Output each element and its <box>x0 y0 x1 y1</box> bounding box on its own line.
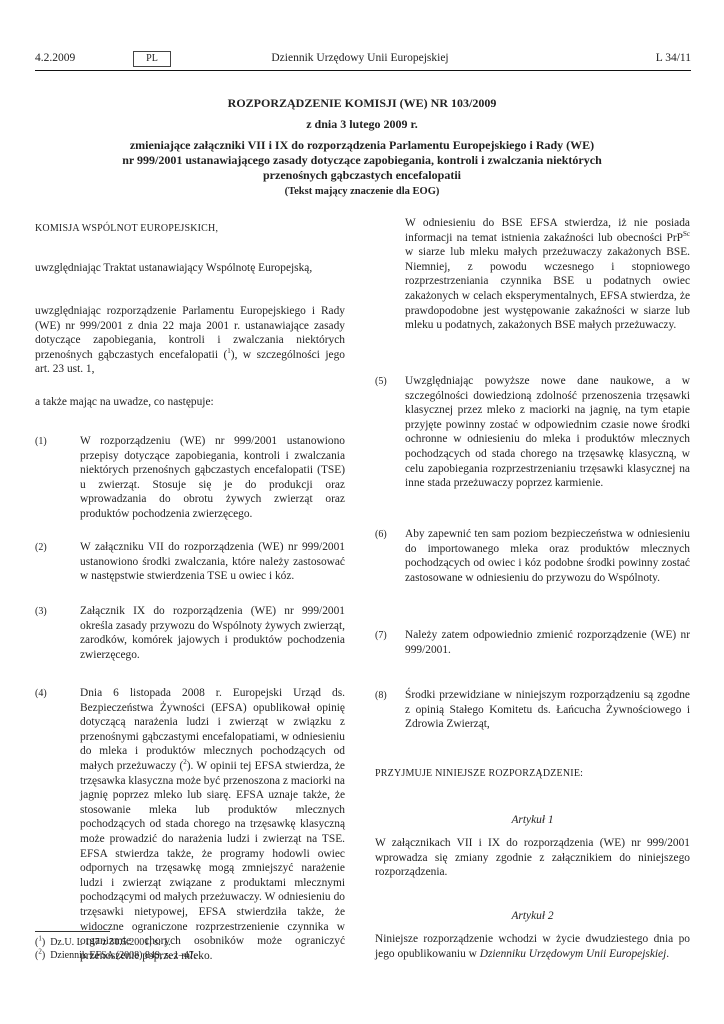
recital-text: Dnia 6 listopada 2008 r. Europejski Urzą… <box>80 686 345 963</box>
footnote-1: (1) Dz.U. L 147 z 31.5.2001, s. 1. <box>35 936 171 949</box>
regulation-citation: uwzględniając rozporządzenie Parlamentu … <box>35 304 345 377</box>
adoption-statement: PRZYJMUJE NINIEJSZE ROZPORZĄDZENIE: <box>375 767 690 782</box>
recital-text: W załączniku VII do rozporządzenia (WE) … <box>80 540 345 584</box>
article-2-text: Niniejsze rozporządzenie wchodzi w życie… <box>375 932 690 961</box>
recital-number: (6) <box>375 529 387 540</box>
footnote-divider <box>35 931 110 932</box>
regulation-subject: zmieniające załączniki VII i IX do rozpo… <box>80 138 644 183</box>
subject-line-2: nr 999/2001 ustanawiającego zasady dotyc… <box>80 153 644 168</box>
recital-text: Środki przewidziane w niniejszym rozporz… <box>405 688 690 732</box>
whereas-intro: a także mając na uwadze, co następuje: <box>35 395 345 410</box>
recital-text: Uwzględniając powyższe nowe dane naukowe… <box>405 374 690 491</box>
page-reference: L 34/11 <box>600 52 691 64</box>
commission-heading: KOMISJA WSPÓLNOT EUROPEJSKICH, <box>35 222 345 237</box>
recital-number: (5) <box>375 376 387 387</box>
recital-number: (4) <box>35 688 47 699</box>
article-1-title: Artykuł 1 <box>375 814 690 826</box>
journal-title: Dziennik Urzędowy Unii Europejskiej <box>200 52 520 64</box>
subject-line-1: zmieniające załączniki VII i IX do rozpo… <box>80 138 644 153</box>
subject-line-3: przenośnych gąbczastych encefalopatii <box>80 168 644 183</box>
recital-4-continuation: W odniesieniu do BSE EFSA stwierdza, iż … <box>405 216 690 333</box>
recital-text: Należy zatem odpowiednio zmienić rozporz… <box>405 628 690 657</box>
recital-text: W rozporządzeniu (WE) nr 999/2001 ustano… <box>80 434 345 522</box>
publication-date: 4.2.2009 <box>35 52 75 64</box>
recital-text: Załącznik IX do rozporządzenia (WE) nr 9… <box>80 604 345 662</box>
article-1-text: W załącznikach VII i IX do rozporządzeni… <box>375 836 690 880</box>
treaty-citation: uwzględniając Traktat ustanawiający Wspó… <box>35 261 345 276</box>
recital-number: (8) <box>375 690 387 701</box>
recital-number: (1) <box>35 436 47 447</box>
header-divider <box>35 70 691 71</box>
language-badge: PL <box>133 51 171 67</box>
eea-relevance-note: (Tekst mający znaczenie dla EOG) <box>80 186 644 197</box>
article-2-title: Artykuł 2 <box>375 910 690 922</box>
recital-number: (3) <box>35 606 47 617</box>
recital-text: Aby zapewnić ten sam poziom bezpieczeńst… <box>405 527 690 585</box>
recital-number: (2) <box>35 542 47 553</box>
footnote-2: (2) Dziennik EFSA (2008) 849, s. 1–47. <box>35 949 196 962</box>
regulation-date: z dnia 3 lutego 2009 r. <box>80 117 644 132</box>
regulation-title: ROZPORZĄDZENIE KOMISJI (WE) NR 103/2009 <box>80 96 644 111</box>
recital-number: (7) <box>375 630 387 641</box>
